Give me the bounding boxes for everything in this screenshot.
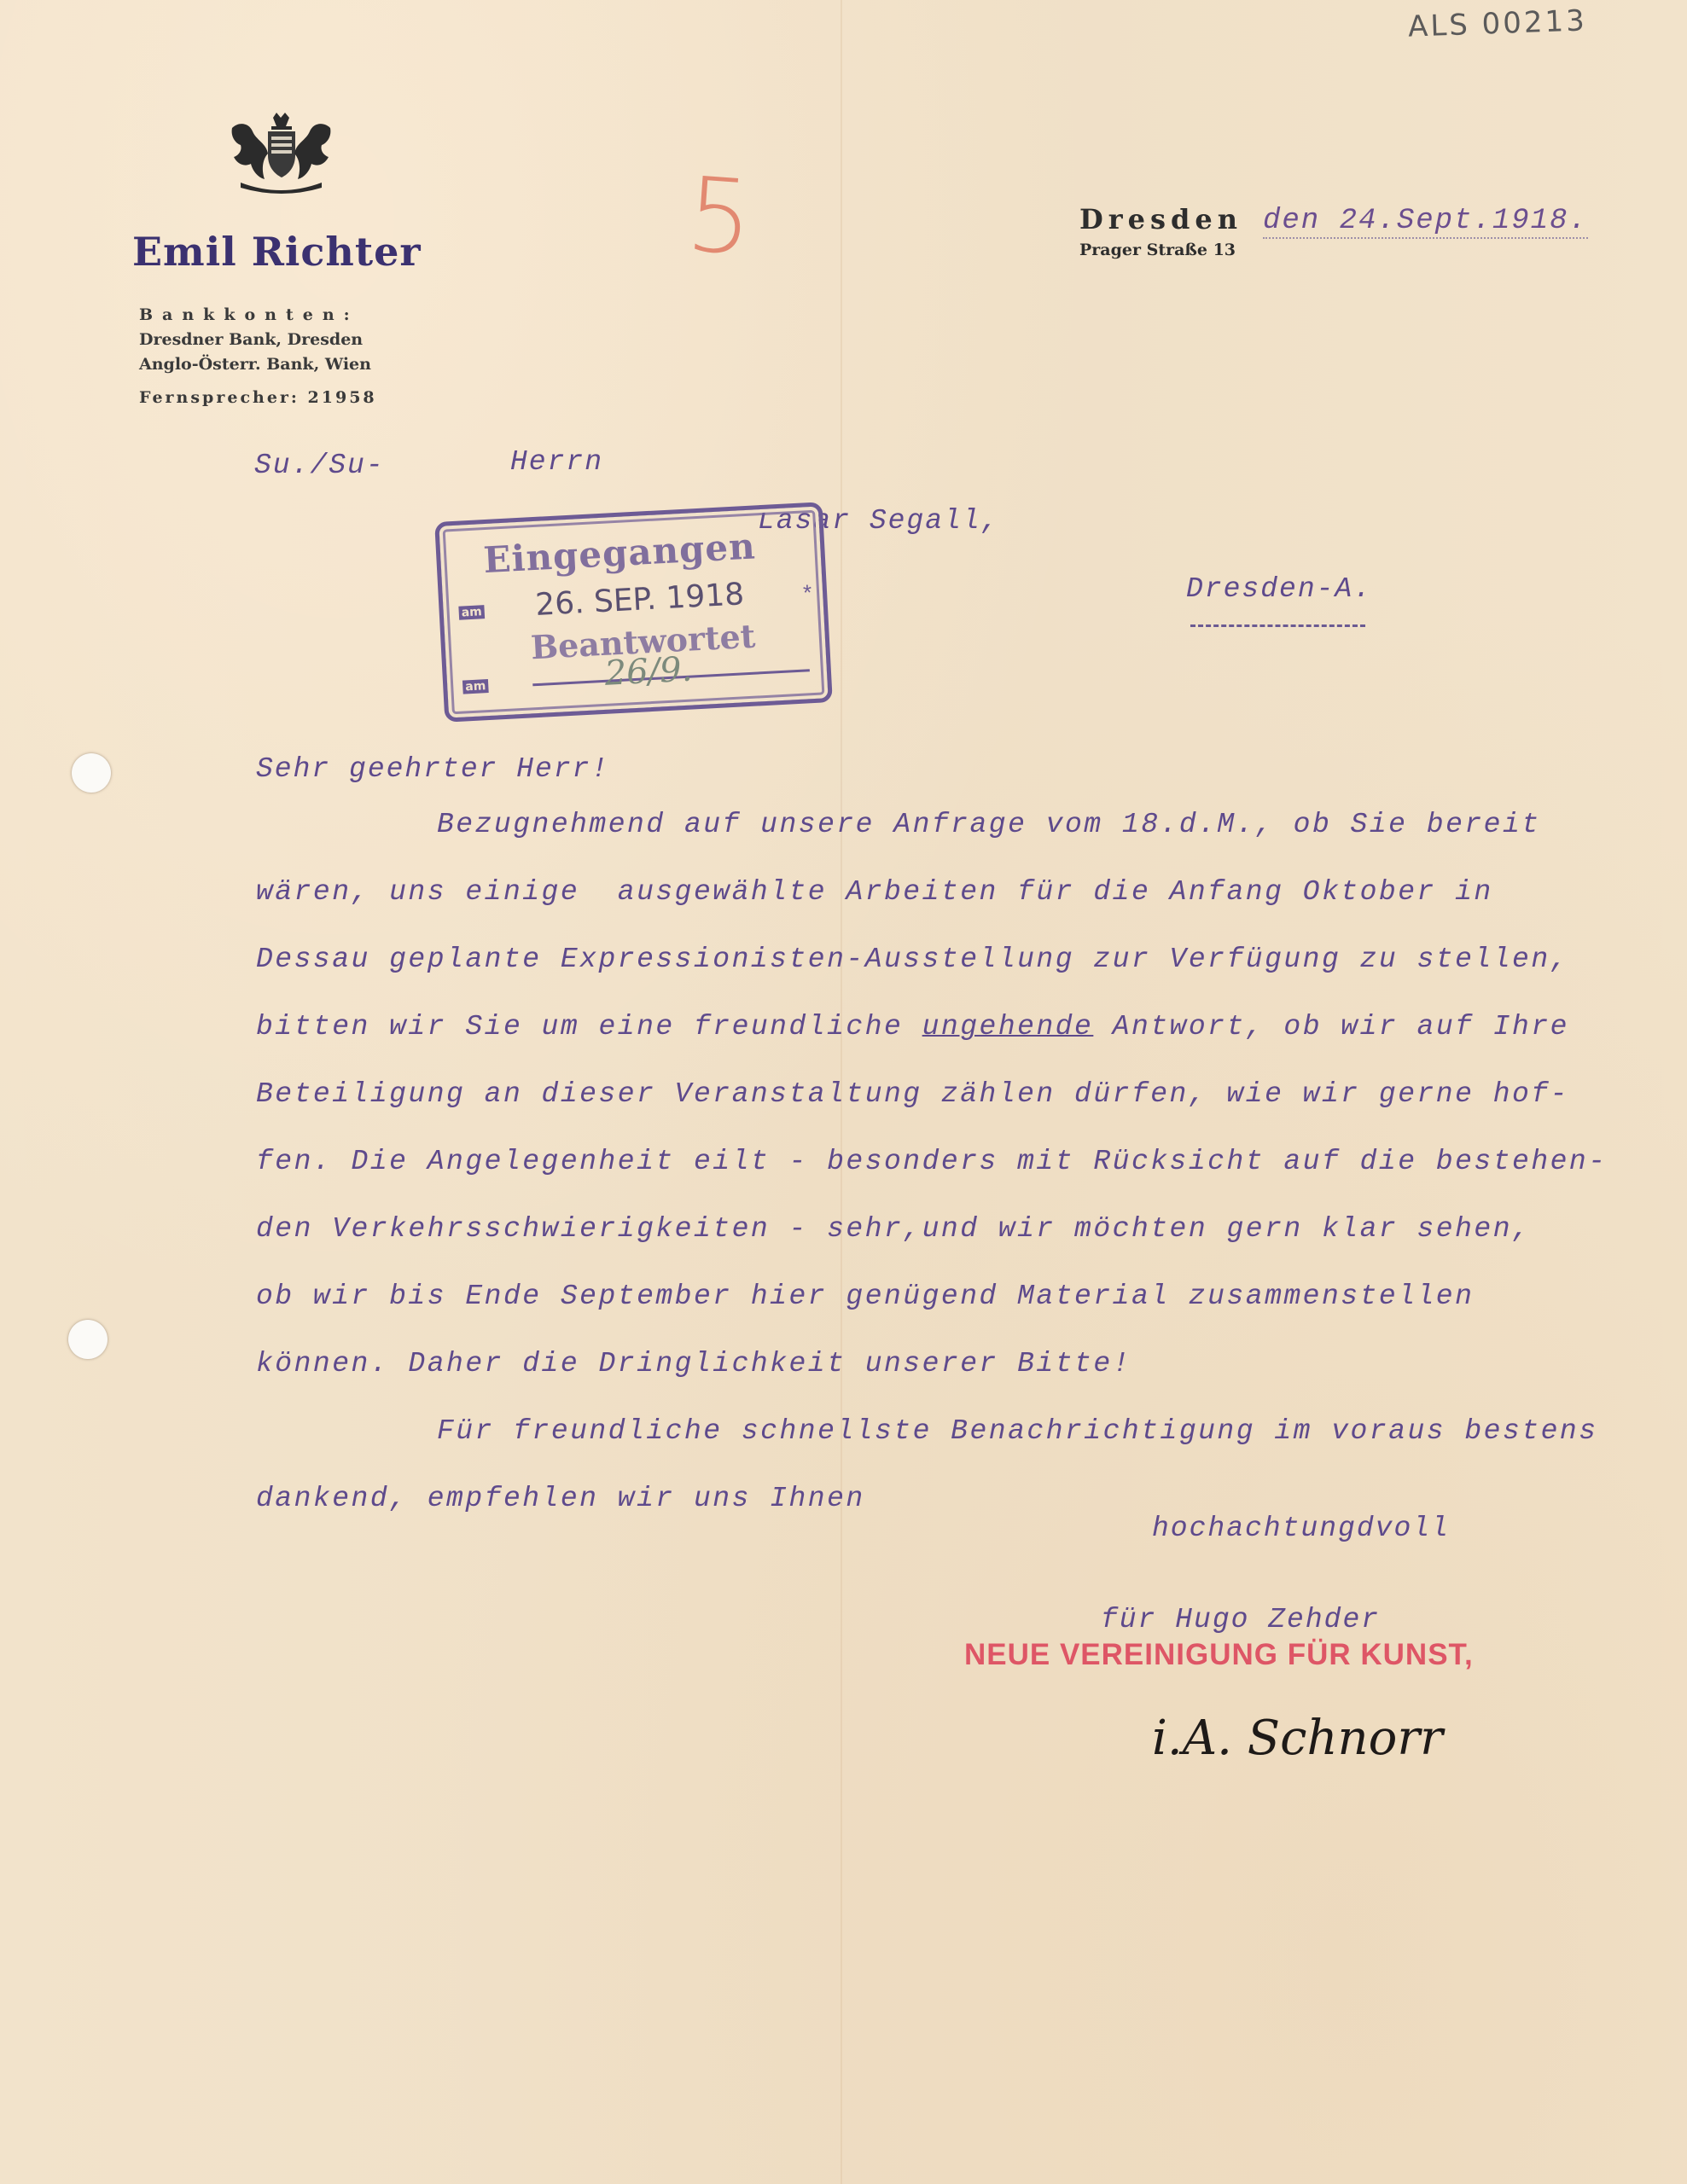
body-line: Für freundliche schnellste Benachrichtig… — [256, 1415, 1672, 1483]
stamp-handwritten-date: 26/9. — [604, 650, 694, 694]
handwritten-signature: i.A. Schnorr — [1152, 1711, 1443, 1766]
body-line: dankend, empfehlen wir uns Ihnen — [256, 1483, 1672, 1550]
coat-of-arms-icon — [224, 111, 339, 196]
company-name: Emil Richter — [132, 229, 422, 275]
body-line: können. Daher die Dringlichkeit unserer … — [256, 1348, 1672, 1415]
phone-number: Fernsprecher: 21958 — [139, 386, 377, 410]
bank-accounts-label: Bankkonten: — [139, 303, 377, 328]
body-line-end: Antwort, ob wir auf Ihre — [1093, 1011, 1569, 1043]
punch-hole-bottom — [68, 1320, 108, 1359]
body-line: fen. Die Angelegenheit eilt - besonders … — [256, 1146, 1672, 1213]
punch-hole-top — [72, 753, 111, 793]
bank-2: Anglo-Österr. Bank, Wien — [139, 352, 377, 377]
stamp-bottom-label: am — [462, 679, 489, 694]
body-line-start: bitten wir Sie um eine freundliche — [256, 1011, 922, 1043]
street-address: Prager Straße 13 — [1079, 241, 1236, 259]
stamp-am-label: am — [458, 605, 485, 620]
bank-1: Dresdner Bank, Dresden — [139, 328, 377, 352]
body-line: Dessau geplante Expressionisten-Ausstell… — [256, 944, 1672, 1011]
recipient-salutation: Herrn — [510, 446, 603, 478]
letter-date: den 24.Sept.1918. — [1263, 205, 1588, 239]
recipient-city: Dresden-A. — [1186, 573, 1372, 605]
body-line: den Verkehrsschwierigkeiten - sehr,und w… — [256, 1213, 1672, 1281]
star-icon: * — [800, 582, 815, 608]
letter-closing: hochachtungdvoll — [1152, 1513, 1450, 1544]
received-stamp: Eingegangen am 26. SEP. 1918 * Beantwort… — [434, 502, 833, 722]
body-line: Beteiligung an dieser Veranstaltung zähl… — [256, 1078, 1672, 1146]
organization-stamp: NEUE VEREINIGUNG FÜR KUNST, — [964, 1638, 1474, 1672]
letterhead-info: Bankkonten: Dresdner Bank, Dresden Anglo… — [139, 303, 377, 410]
stamp-received-label: Eingegangen — [482, 525, 756, 581]
city-underline — [1190, 624, 1365, 627]
body-line: wären, uns einige ausgewählte Arbeiten f… — [256, 876, 1672, 944]
body-line: Bezugnehmend auf unsere Anfrage vom 18.d… — [256, 809, 1672, 876]
folio-number: 5 — [683, 156, 756, 279]
archive-id: ALS 00213 — [1407, 3, 1587, 44]
place-label: Dresden — [1079, 203, 1242, 235]
reference-code: Su./Su- — [254, 450, 385, 481]
letter-greeting: Sehr geehrter Herr! — [256, 753, 609, 785]
stamp-date: 26. SEP. 1918 — [534, 577, 745, 623]
signatory-typed: für Hugo Zehder — [1101, 1604, 1380, 1635]
body-line: bitten wir Sie um eine freundliche ungeh… — [256, 1011, 1672, 1078]
body-line: ob wir bis Ende September hier genügend … — [256, 1281, 1672, 1348]
letter-body: Bezugnehmend auf unsere Anfrage vom 18.d… — [256, 809, 1672, 1550]
underlined-word: ungehende — [922, 1011, 1094, 1043]
